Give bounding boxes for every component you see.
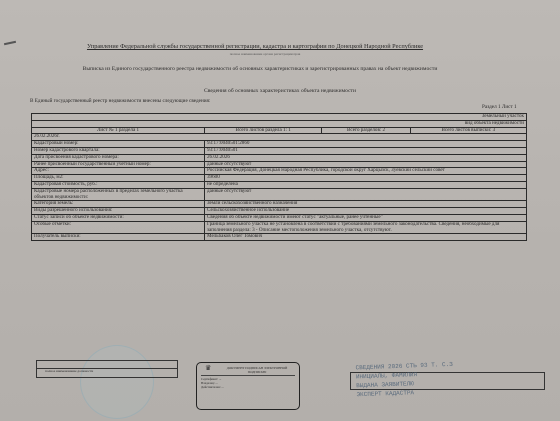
blue-ink-stamp: СВЕДЕНИЯ 2026 СТЬ 93 Т. С.З ИНИЦИАЛЫ, ФА…	[355, 357, 546, 400]
row-value: 39600	[205, 175, 527, 182]
sections-total: Всего разделов: 2	[322, 127, 410, 134]
object-type: Земельный участок	[32, 114, 527, 121]
row-value: 93:17:0040501	[205, 147, 527, 154]
emblem-icon: ♛	[205, 366, 211, 370]
table-row: Площадь, м2:39600	[32, 175, 527, 182]
row-value: данные отсутствуют	[205, 188, 527, 201]
row-value: не определена	[205, 181, 527, 188]
ecp-title: ДОКУМЕНТ ПОДПИСАН ЭЛЕКТРОННОЙ ПОДПИСЬЮ	[201, 366, 295, 374]
extract-date: 26.02.2026г.	[32, 134, 527, 141]
section-page-label: Раздел 1 Лист 1	[482, 104, 517, 110]
row-value: 93:17:0040501:2860	[205, 141, 527, 148]
electronic-signature-stamp: ♛ ДОКУМЕНТ ПОДПИСАН ЭЛЕКТРОННОЙ ПОДПИСЬЮ…	[196, 362, 300, 410]
section-title: Сведения об основных характеристиках объ…	[180, 88, 380, 94]
extract-title: Выписка из Единого государственного реес…	[40, 66, 480, 72]
table-row: Кадастровые номера расположенных в преде…	[32, 188, 527, 201]
document-page: Управление Федеральной службы государств…	[0, 0, 560, 421]
organization-caption: полное наименование органа регистрации п…	[190, 52, 340, 56]
row-value: Мельбаков Олег Томович	[205, 234, 527, 241]
table-row: Особые отметки:Граница земельного участк…	[32, 221, 527, 234]
table-row: Адрес:Российская Федерация, Донецкая Нар…	[32, 168, 527, 175]
sheets-in-section: Всего листов раздела 1: 1	[205, 127, 322, 134]
ecp-line: Действителен: ...	[201, 385, 295, 389]
table-row: Получатель выписки:Мельбаков Олег Томови…	[32, 234, 527, 241]
row-value: Российская Федерация, Донецкая Народная …	[205, 168, 527, 175]
pen-mark	[4, 41, 16, 45]
row-value: 26.02.2026	[205, 154, 527, 161]
property-table: Земельный участок вид объекта недвижимос…	[31, 113, 527, 241]
row-label: Ранее присвоенный государственный учетны…	[32, 161, 205, 168]
table-row: Кадастровый номер:93:17:0040501:2860	[32, 141, 527, 148]
sheets-total: Всего листов выписки: 3	[410, 127, 526, 134]
signer-box: полное наименование должности	[36, 360, 178, 378]
row-label: Кадастровые номера расположенных в преде…	[32, 188, 205, 201]
organization-name: Управление Федеральной службы государств…	[70, 43, 440, 50]
row-label: Получатель выписки:	[32, 234, 205, 241]
row-value: Граница земельного участка не установлен…	[205, 221, 527, 234]
intro-text: В Единый государственный реестр недвижим…	[30, 98, 210, 104]
row-label: Особые отметки:	[32, 221, 205, 234]
signer-caption: полное наименование должности	[45, 369, 93, 373]
round-seal	[80, 345, 154, 419]
